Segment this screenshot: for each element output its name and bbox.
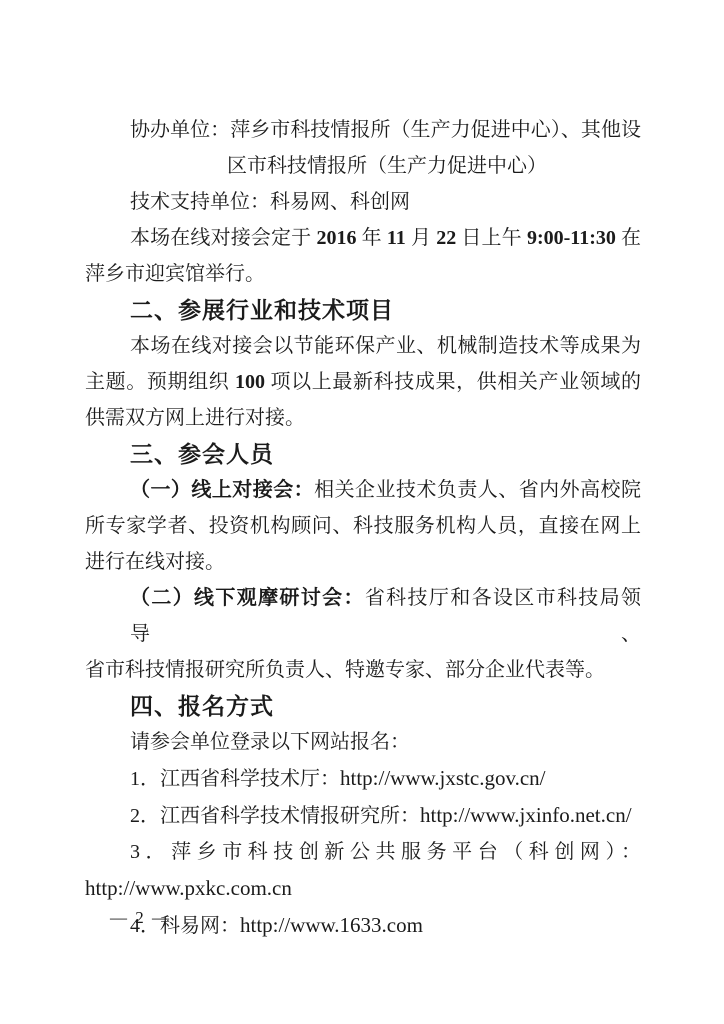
registration-intro-line: 请参会单位登录以下网站报名：: [130, 724, 641, 760]
schedule-seg-1: 本场在线对接会定于: [130, 227, 316, 249]
section-3-heading-text: 三、参会人员: [130, 441, 274, 467]
tech-support-line: 技术支持单位：科易网、科创网: [130, 184, 641, 220]
offline-meeting-line-2: 省市科技情报研究所负责人、特邀专家、部分企业代表等。: [85, 652, 641, 688]
exhibit-text-1: 本场在线对接会以节能环保产业、机械制造技术等成果为: [130, 335, 641, 357]
exhibit-text-2b: 项以上最新科技成果，供相关产业领域的: [265, 371, 641, 393]
page-number: — 2 —: [110, 908, 171, 928]
site-3-label: 3．萍乡市科技创新公共服务平台（科创网）：: [130, 841, 641, 863]
document-page: 协办单位：萍乡市科技情报所（生产力促进中心）、其他设 区市科技情报所（生产力促进…: [0, 0, 724, 1024]
exhibit-text-2a: 主题。预期组织: [85, 371, 235, 393]
co-organizer-line-2: 区市科技情报所（生产力促进中心）: [227, 148, 641, 184]
site-3-url: http://www.pxkc.com.cn: [85, 876, 292, 900]
section-2-heading-text: 二、参展行业和技术项目: [130, 297, 394, 323]
co-organizer-text-1: 协办单位：萍乡市科技情报所（生产力促进中心）、其他设: [130, 119, 641, 141]
site-2-label: 2．江西省科学技术情报研究所：: [130, 805, 420, 827]
online-meeting-line-2: 所专家学者、投资机构顾问、科技服务机构人员，直接在网上: [85, 508, 641, 544]
site-2-line: 2．江西省科学技术情报研究所：http://www.jxinfo.net.cn/: [130, 797, 641, 834]
schedule-seg-3: 月: [406, 227, 436, 249]
online-meeting-line-1: （一）线上对接会：相关企业技术负责人、省内外高校院: [130, 472, 641, 508]
site-3-line: 3．萍乡市科技创新公共服务平台（科创网）：: [130, 834, 641, 870]
schedule-year: 2016: [316, 227, 356, 249]
co-organizer-text-2: 区市科技情报所（生产力促进中心）: [227, 155, 547, 177]
section-3-heading: 三、参会人员: [130, 436, 641, 472]
site-1-label: 1．江西省科学技术厅：: [130, 768, 340, 790]
document-body: 协办单位：萍乡市科技情报所（生产力促进中心）、其他设 区市科技情报所（生产力促进…: [85, 112, 641, 944]
section-2-heading: 二、参展行业和技术项目: [130, 292, 641, 328]
offline-meeting-line-1: （二）线下观摩研讨会：省科技厅和各设区市科技局领导、: [130, 580, 641, 652]
site-1-url: http://www.jxstc.gov.cn/: [340, 766, 546, 790]
site-1-line: 1．江西省科学技术厅：http://www.jxstc.gov.cn/: [130, 760, 641, 797]
exhibit-line-1: 本场在线对接会以节能环保产业、机械制造技术等成果为: [130, 328, 641, 364]
site-4-line: 4．科易网：http://www.1633.com: [130, 907, 641, 944]
exhibit-project-count: 100: [235, 371, 265, 393]
site-3-url-line: http://www.pxkc.com.cn: [85, 870, 641, 907]
online-meeting-text-2: 所专家学者、投资机构顾问、科技服务机构人员，直接在网上: [85, 515, 641, 537]
offline-meeting-label: （二）线下观摩研讨会：: [130, 587, 365, 609]
tech-support-text: 技术支持单位：科易网、科创网: [130, 191, 410, 213]
online-meeting-text-1: 相关企业技术负责人、省内外高校院: [314, 479, 641, 501]
online-meeting-text-3: 进行在线对接。: [85, 551, 225, 573]
section-4-heading-text: 四、报名方式: [130, 693, 274, 719]
exhibit-text-3: 供需双方网上进行对接。: [85, 407, 305, 429]
site-4-url: http://www.1633.com: [240, 913, 423, 937]
schedule-line-1: 本场在线对接会定于 2016 年 11 月 22 日上午 9:00-11:30 …: [130, 220, 641, 256]
site-2-url: http://www.jxinfo.net.cn/: [420, 803, 632, 827]
online-meeting-line-3: 进行在线对接。: [85, 544, 641, 580]
co-organizer-line-1: 协办单位：萍乡市科技情报所（生产力促进中心）、其他设: [130, 112, 641, 148]
schedule-day: 22: [436, 227, 456, 249]
exhibit-line-3: 供需双方网上进行对接。: [85, 400, 641, 436]
schedule-seg-4: 日上午: [456, 227, 527, 249]
schedule-line-2: 萍乡市迎宾馆举行。: [85, 256, 641, 292]
offline-meeting-text-2: 省市科技情报研究所负责人、特邀专家、部分企业代表等。: [85, 659, 605, 681]
schedule-venue-text: 萍乡市迎宾馆举行。: [85, 263, 265, 285]
schedule-month: 11: [387, 227, 406, 249]
schedule-seg-2: 年: [356, 227, 386, 249]
registration-intro-text: 请参会单位登录以下网站报名：: [130, 731, 410, 753]
online-meeting-label: （一）线上对接会：: [130, 479, 314, 501]
exhibit-line-2: 主题。预期组织 100 项以上最新科技成果，供相关产业领域的: [85, 364, 641, 400]
schedule-seg-5: 在: [616, 227, 641, 249]
schedule-time: 9:00-11:30: [527, 227, 616, 249]
section-4-heading: 四、报名方式: [130, 688, 641, 724]
